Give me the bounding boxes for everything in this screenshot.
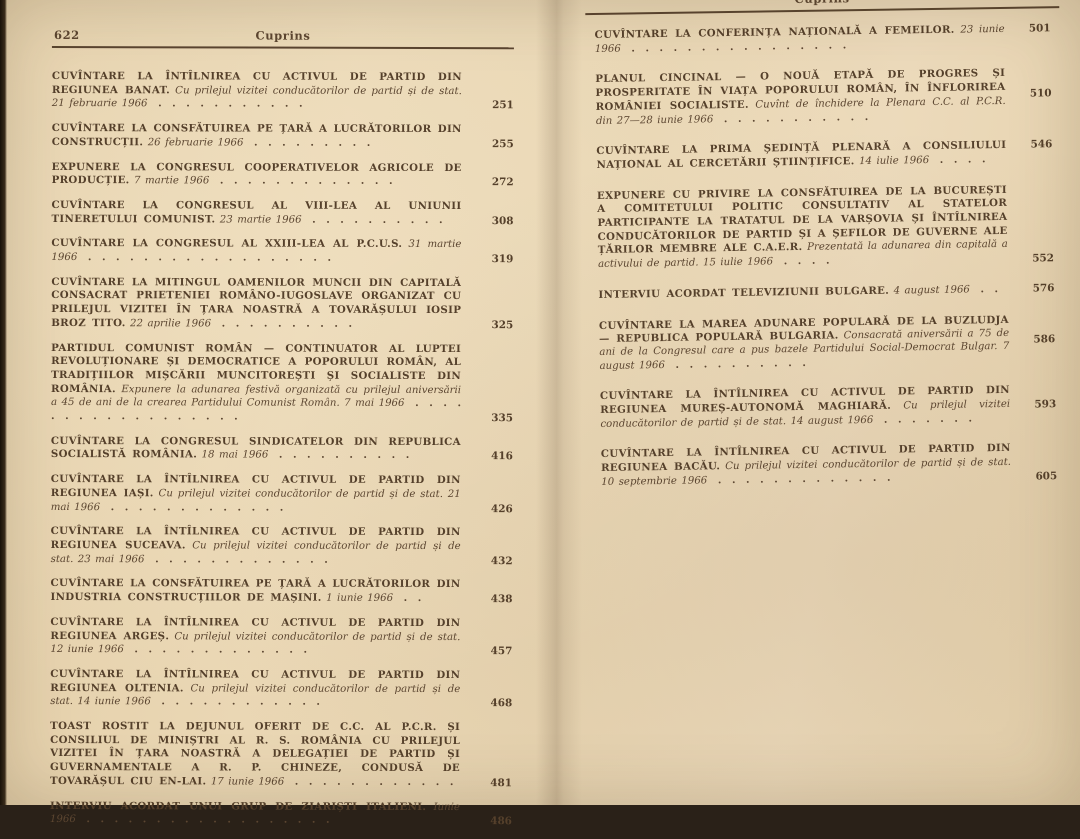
dot-leader-icon: . . . . . . . . . . . . . [707, 472, 890, 487]
dot-leader-icon: . . . . . . . . . . . . . . . . [621, 39, 847, 54]
dot-leader-icon: . . . . [929, 153, 986, 166]
toc-entry: CUVÎNTARE LA CONFERINȚA NAȚIONALĂ A FEME… [595, 22, 1051, 56]
toc-entry: PARTIDUL COMUNIST ROMÂN — CONTINUATOR AL… [51, 342, 513, 425]
entry-title: INTERVIU ACORDAT UNUI GRUP DE ZIARIȘTI I… [50, 800, 426, 805]
entry-subtitle: 23 martie 1966 [215, 214, 301, 225]
entry-page-number: 481 [460, 721, 512, 790]
toc-entry: CUVÎNTARE LA ÎNTÎLNIREA CU ACTIVUL DE PA… [50, 616, 512, 658]
dot-leader-icon: . . . . [773, 255, 830, 268]
toc-entry: CUVÎNTARE LA CONSFĂTUIREA PE ȚARĂ A LUCR… [50, 577, 512, 606]
entry-text: INTERVIU ACORDAT UNUI GRUP DE ZIARIȘTI I… [50, 800, 460, 805]
entry-page-number: 457 [460, 617, 512, 658]
toc-entry: EXPUNERE CU PRIVIRE LA CONSFĂTUIREA DE L… [597, 183, 1054, 272]
dot-leader-icon: . . . . . . . [873, 412, 972, 425]
toc-entry: INTERVIU ACORDAT TELEVIZIUNII BULGARE. 4… [598, 282, 1054, 302]
entry-page-number: 593 [1010, 384, 1057, 426]
toc-entry: CUVÎNTARE LA ÎNTÎLNIREA CU ACTIVUL DE PA… [600, 384, 1057, 432]
entry-subtitle: 22 aprilie 1966 [126, 318, 212, 329]
dot-leader-icon: . . . . . . . . . . . . . . . . . . [77, 251, 331, 264]
entry-page-number: 438 [460, 578, 512, 606]
toc-entry: CUVÎNTARE LA CONGRESUL AL VIII-LEA AL UN… [51, 199, 513, 228]
entry-text: CUVÎNTARE LA ÎNTÎLNIREA CU ACTIVUL DE PA… [601, 442, 1012, 489]
entry-page-number: 416 [461, 436, 513, 464]
dot-leader-icon: . . . . . . . . . . . . . [100, 501, 283, 513]
entry-text: EXPUNERE LA CONGRESUL COOPERATIVELOR AGR… [52, 161, 462, 189]
toc-entry: CUVÎNTARE LA MITINGUL OAMENILOR MUNCII D… [51, 276, 513, 332]
toc-entries-right: CUVÎNTARE LA CONFERINȚA NAȚIONALĂ A FEME… [595, 22, 1058, 489]
entry-page-number: 510 [1005, 67, 1052, 122]
entry-page-number: 308 [461, 200, 513, 228]
entry-subtitle: 17 iunie 1966 [206, 776, 284, 787]
dot-leader-icon: . . [970, 283, 998, 295]
dot-leader-icon: . . . . . . . . . . . . . [124, 643, 307, 655]
toc-entry: CUVÎNTARE LA CONGRESUL AL XXIII-LEA AL P… [51, 237, 513, 266]
entry-text: CUVÎNTARE LA CONSFĂTUIREA PE ȚARĂ A LUCR… [50, 577, 460, 605]
toc-entry: CUVÎNTARE LA CONSFĂTUIREA PE ȚARĂ A LUCR… [52, 122, 514, 151]
entry-page-number: 605 [1011, 442, 1058, 484]
entry-text: CUVÎNTARE LA ÎNTÎLNIREA CU ACTIVUL DE PA… [50, 616, 460, 658]
toc-entry: TOAST ROSTIT LA DEJUNUL OFERIT DE C.C. A… [50, 720, 512, 790]
dot-leader-icon: . . . . . . . . . . . . . [209, 175, 392, 187]
entry-text: CUVÎNTARE LA CONGRESUL AL XXIII-LEA AL P… [51, 237, 461, 265]
entry-title: INTERVIU ACORDAT TELEVIZIUNII BULGARE. [598, 284, 889, 300]
entry-subtitle: 4 august 1966 [889, 284, 970, 296]
entry-text: CUVÎNTARE LA ÎNTÎLNIREA CU ACTIVUL DE PA… [51, 473, 461, 515]
entry-title: CUVÎNTARE LA CONFERINȚA NAȚIONALĂ A FEME… [595, 24, 955, 41]
entry-page-number: 251 [462, 71, 514, 112]
entry-subtitle: 1 iunie 1966 [322, 593, 393, 604]
entry-page-number: 426 [461, 474, 513, 515]
toc-entry: CUVÎNTARE LA ÎNTÎLNIREA CU ACTIVUL DE PA… [51, 525, 513, 567]
dot-leader-icon: . . . . . . . . . [243, 136, 370, 148]
left-page-header: 622 Cuprins [52, 26, 514, 47]
toc-entry: CUVÎNTARE LA MAREA ADUNARE POPULARĂ DE L… [599, 313, 1056, 374]
dot-leader-icon: . . . . . . . . . . . [713, 110, 868, 124]
dot-leader-icon: . . . . . . . . . . [665, 357, 806, 371]
dot-leader-icon: . . . . . . . . . . [302, 213, 443, 225]
book-scan: 622 Cuprins CUVÎNTARE LA ÎNTÎLNIREA CU A… [0, 0, 1080, 805]
entry-page-number: 486 [460, 801, 512, 805]
entry-text: CUVÎNTARE LA ÎNTÎLNIREA CU ACTIVUL DE PA… [50, 668, 460, 710]
entry-text: CUVÎNTARE LA MAREA ADUNARE POPULARĂ DE L… [599, 313, 1010, 373]
entry-page-number: 319 [461, 238, 513, 266]
entry-subtitle: 14 iulie 1966 [855, 155, 930, 167]
right-page: Cuprins CUVÎNTARE LA CONFERINȚA NAȚIONAL… [594, 0, 1058, 507]
entry-text: CUVÎNTARE LA ÎNTÎLNIREA CU ACTIVUL DE PA… [600, 384, 1011, 431]
dot-leader-icon: . . . . . . . . . . . . [284, 775, 453, 787]
toc-entries-left: CUVÎNTARE LA ÎNTÎLNIREA CU ACTIVUL DE PA… [50, 70, 514, 805]
entry-subtitle: 26 februarie 1966 [143, 137, 243, 148]
entry-page-number: 432 [461, 526, 513, 567]
entry-page-number: 576 [1008, 282, 1054, 296]
scan-left-edge [0, 0, 7, 805]
toc-entry: CUVÎNTARE LA PRIMA ȘEDINȚĂ PLENARĂ A CON… [596, 138, 1052, 172]
entry-text: EXPUNERE CU PRIVIRE LA CONSFĂTUIREA DE L… [597, 184, 1008, 272]
dot-leader-icon: . . . . . . . . . . [268, 449, 409, 461]
toc-entry: CUVÎNTARE LA ÎNTÎLNIREA CU ACTIVUL DE PA… [51, 473, 513, 515]
toc-entry: PLANUL CINCINAL — O NOUĂ ETAPĂ DE PROGRE… [595, 67, 1052, 129]
entry-page-number: 501 [1004, 22, 1050, 50]
entry-page-number: 272 [462, 162, 514, 190]
entry-text: CUVÎNTARE LA CONGRESUL SINDICATELOR DIN … [51, 435, 461, 463]
entry-subtitle: 18 mai 1966 [197, 450, 268, 461]
toc-entry: CUVÎNTARE LA ÎNTÎLNIREA CU ACTIVUL DE PA… [601, 442, 1058, 490]
entry-title: CUVÎNTARE LA CONGRESUL AL XXIII-LEA AL P… [51, 237, 402, 250]
toc-entry: CUVÎNTARE LA ÎNTÎLNIREA CU ACTIVUL DE PA… [52, 70, 514, 112]
entry-page-number: 586 [1009, 313, 1056, 367]
dot-leader-icon: . . . . . . . . . . [211, 317, 352, 329]
dot-leader-icon: . . . . . . . . . . . . . [145, 553, 328, 565]
entry-page-number: 552 [1007, 183, 1054, 266]
entry-text: INTERVIU ACORDAT TELEVIZIUNII BULGARE. 4… [598, 283, 1008, 303]
entry-page-number: 546 [1006, 138, 1052, 166]
entry-text: PLANUL CINCINAL — O NOUĂ ETAPĂ DE PROGRE… [595, 67, 1006, 128]
toc-entry: EXPUNERE LA CONGRESUL COOPERATIVELOR AGR… [52, 161, 514, 190]
toc-entry: CUVÎNTARE LA CONGRESUL SINDICATELOR DIN … [51, 435, 513, 464]
entry-text: CUVÎNTARE LA CONGRESUL AL VIII-LEA AL UN… [51, 199, 461, 227]
entry-subtitle: 7 martie 1966 [130, 175, 210, 186]
entry-page-number: 468 [460, 669, 512, 710]
entry-text: TOAST ROSTIT LA DEJUNUL OFERIT DE C.C. A… [50, 720, 460, 790]
entry-text: CUVÎNTARE LA CONSFĂTUIREA PE ȚARĂ A LUCR… [52, 122, 462, 150]
entry-text: CUVÎNTARE LA MITINGUL OAMENILOR MUNCII D… [51, 276, 461, 332]
entry-page-number: 325 [461, 277, 513, 332]
running-title: Cuprins [52, 28, 514, 43]
dot-leader-icon: . . . . . . . . . . . . [151, 696, 320, 708]
entry-page-number: 255 [462, 123, 514, 151]
left-page: 622 Cuprins CUVÎNTARE LA ÎNTÎLNIREA CU A… [50, 26, 514, 805]
entry-text: CUVÎNTARE LA PRIMA ȘEDINȚĂ PLENARĂ A CON… [596, 139, 1006, 172]
toc-entry: CUVÎNTARE LA ÎNTÎLNIREA CU ACTIVUL DE PA… [50, 668, 512, 710]
entry-text: PARTIDUL COMUNIST ROMÂN — CONTINUATOR AL… [51, 342, 461, 425]
entry-text: CUVÎNTARE LA ÎNTÎLNIREA CU ACTIVUL DE PA… [51, 525, 461, 567]
dot-leader-icon: . . . . . . . . . . . [148, 98, 303, 110]
toc-entry: INTERVIU ACORDAT UNUI GRUP DE ZIARIȘTI I… [50, 800, 512, 805]
dot-leader-icon: . . [393, 592, 421, 604]
page-gutter-shadow [536, 0, 582, 805]
entry-text: CUVÎNTARE LA CONFERINȚA NAȚIONALĂ A FEME… [595, 23, 1005, 56]
entry-text: CUVÎNTARE LA ÎNTÎLNIREA CU ACTIVUL DE PA… [52, 70, 462, 112]
entry-page-number: 335 [461, 343, 513, 425]
